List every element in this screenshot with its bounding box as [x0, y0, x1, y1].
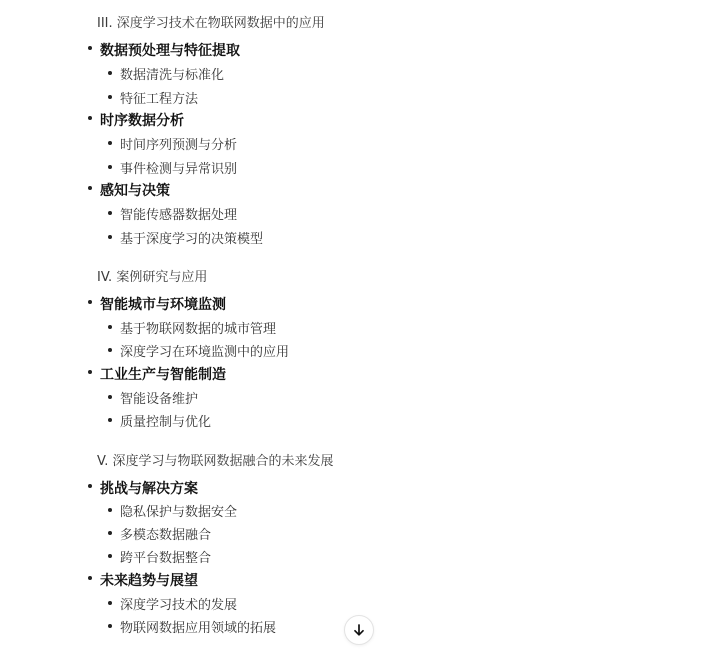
outline-item: 时序数据分析	[88, 110, 184, 130]
bullet-icon	[108, 165, 112, 169]
bullet-icon	[88, 484, 92, 488]
outline-subitem-label: 质量控制与优化	[120, 415, 211, 430]
section-title: III. 深度学习技术在物联网数据中的应用	[97, 12, 325, 31]
bullet-icon	[88, 300, 92, 304]
outline-item: 工业生产与智能制造	[88, 364, 226, 384]
outline-subitem: 智能传感器数据处理	[108, 204, 237, 223]
outline-subitem-label: 多模态数据融合	[120, 528, 211, 543]
bullet-icon	[108, 141, 112, 145]
outline-item: 数据预处理与特征提取	[88, 40, 240, 60]
bullet-icon	[108, 235, 112, 239]
outline-item-label: 挑战与解决方案	[100, 481, 198, 497]
bullet-icon	[108, 601, 112, 605]
outline-subitem-label: 数据清洗与标准化	[120, 68, 224, 83]
outline-item: 智能城市与环境监测	[88, 294, 226, 314]
bullet-icon	[108, 418, 112, 422]
outline-subitem: 隐私保护与数据安全	[108, 501, 237, 520]
scroll-to-bottom-button[interactable]	[344, 615, 374, 645]
outline-subitem-label: 深度学习在环境监测中的应用	[120, 345, 289, 360]
outline-subitem-label: 智能设备维护	[120, 392, 198, 407]
outline-item: 未来趋势与展望	[88, 570, 198, 590]
outline-subitem: 事件检测与异常识别	[108, 158, 237, 177]
outline-item-label: 智能城市与环境监测	[100, 297, 226, 313]
outline-subitem: 跨平台数据整合	[108, 547, 211, 566]
outline-subitem-label: 智能传感器数据处理	[120, 208, 237, 223]
outline-item: 挑战与解决方案	[88, 478, 198, 498]
outline-subitem-label: 基于深度学习的决策模型	[120, 232, 263, 247]
bullet-icon	[108, 508, 112, 512]
bullet-icon	[108, 71, 112, 75]
outline-subitem-label: 事件检测与异常识别	[120, 162, 237, 177]
outline-subitem: 物联网数据应用领域的拓展	[108, 617, 276, 636]
section-title: V. 深度学习与物联网数据融合的未来发展	[97, 450, 333, 469]
bullet-icon	[88, 370, 92, 374]
outline-subitem-label: 物联网数据应用领域的拓展	[120, 621, 276, 636]
outline-item-label: 未来趋势与展望	[100, 573, 198, 589]
outline-subitem: 时间序列预测与分析	[108, 134, 237, 153]
outline-subitem: 质量控制与优化	[108, 411, 211, 430]
bullet-icon	[108, 95, 112, 99]
bullet-icon	[88, 186, 92, 190]
section-title: IV. 案例研究与应用	[97, 266, 207, 285]
outline-subitem-label: 特征工程方法	[120, 92, 198, 107]
bullet-icon	[108, 211, 112, 215]
outline-subitem: 基于物联网数据的城市管理	[108, 318, 276, 337]
outline-subitem-label: 基于物联网数据的城市管理	[120, 322, 276, 337]
outline-subitem: 深度学习在环境监测中的应用	[108, 341, 289, 360]
bullet-icon	[88, 576, 92, 580]
outline-item-label: 工业生产与智能制造	[100, 367, 226, 383]
arrow-down-icon	[352, 623, 366, 637]
outline-subitem-label: 隐私保护与数据安全	[120, 505, 237, 520]
bullet-icon	[108, 395, 112, 399]
outline-subitem: 深度学习技术的发展	[108, 594, 237, 613]
outline-item-label: 感知与决策	[100, 183, 170, 199]
bullet-icon	[108, 624, 112, 628]
outline-item-label: 时序数据分析	[100, 113, 184, 129]
bullet-icon	[108, 554, 112, 558]
bullet-icon	[108, 531, 112, 535]
bullet-icon	[88, 116, 92, 120]
bullet-icon	[108, 348, 112, 352]
outline-subitem: 多模态数据融合	[108, 524, 211, 543]
outline-subitem-label: 深度学习技术的发展	[120, 598, 237, 613]
outline-subitem-label: 时间序列预测与分析	[120, 138, 237, 153]
bullet-icon	[108, 325, 112, 329]
outline-subitem: 数据清洗与标准化	[108, 64, 224, 83]
bullet-icon	[88, 46, 92, 50]
outline-item: 感知与决策	[88, 180, 170, 200]
outline-item-label: 数据预处理与特征提取	[100, 43, 240, 59]
outline-subitem: 特征工程方法	[108, 88, 198, 107]
outline-subitem: 智能设备维护	[108, 388, 198, 407]
outline-subitem-label: 跨平台数据整合	[120, 551, 211, 566]
outline-subitem: 基于深度学习的决策模型	[108, 228, 263, 247]
